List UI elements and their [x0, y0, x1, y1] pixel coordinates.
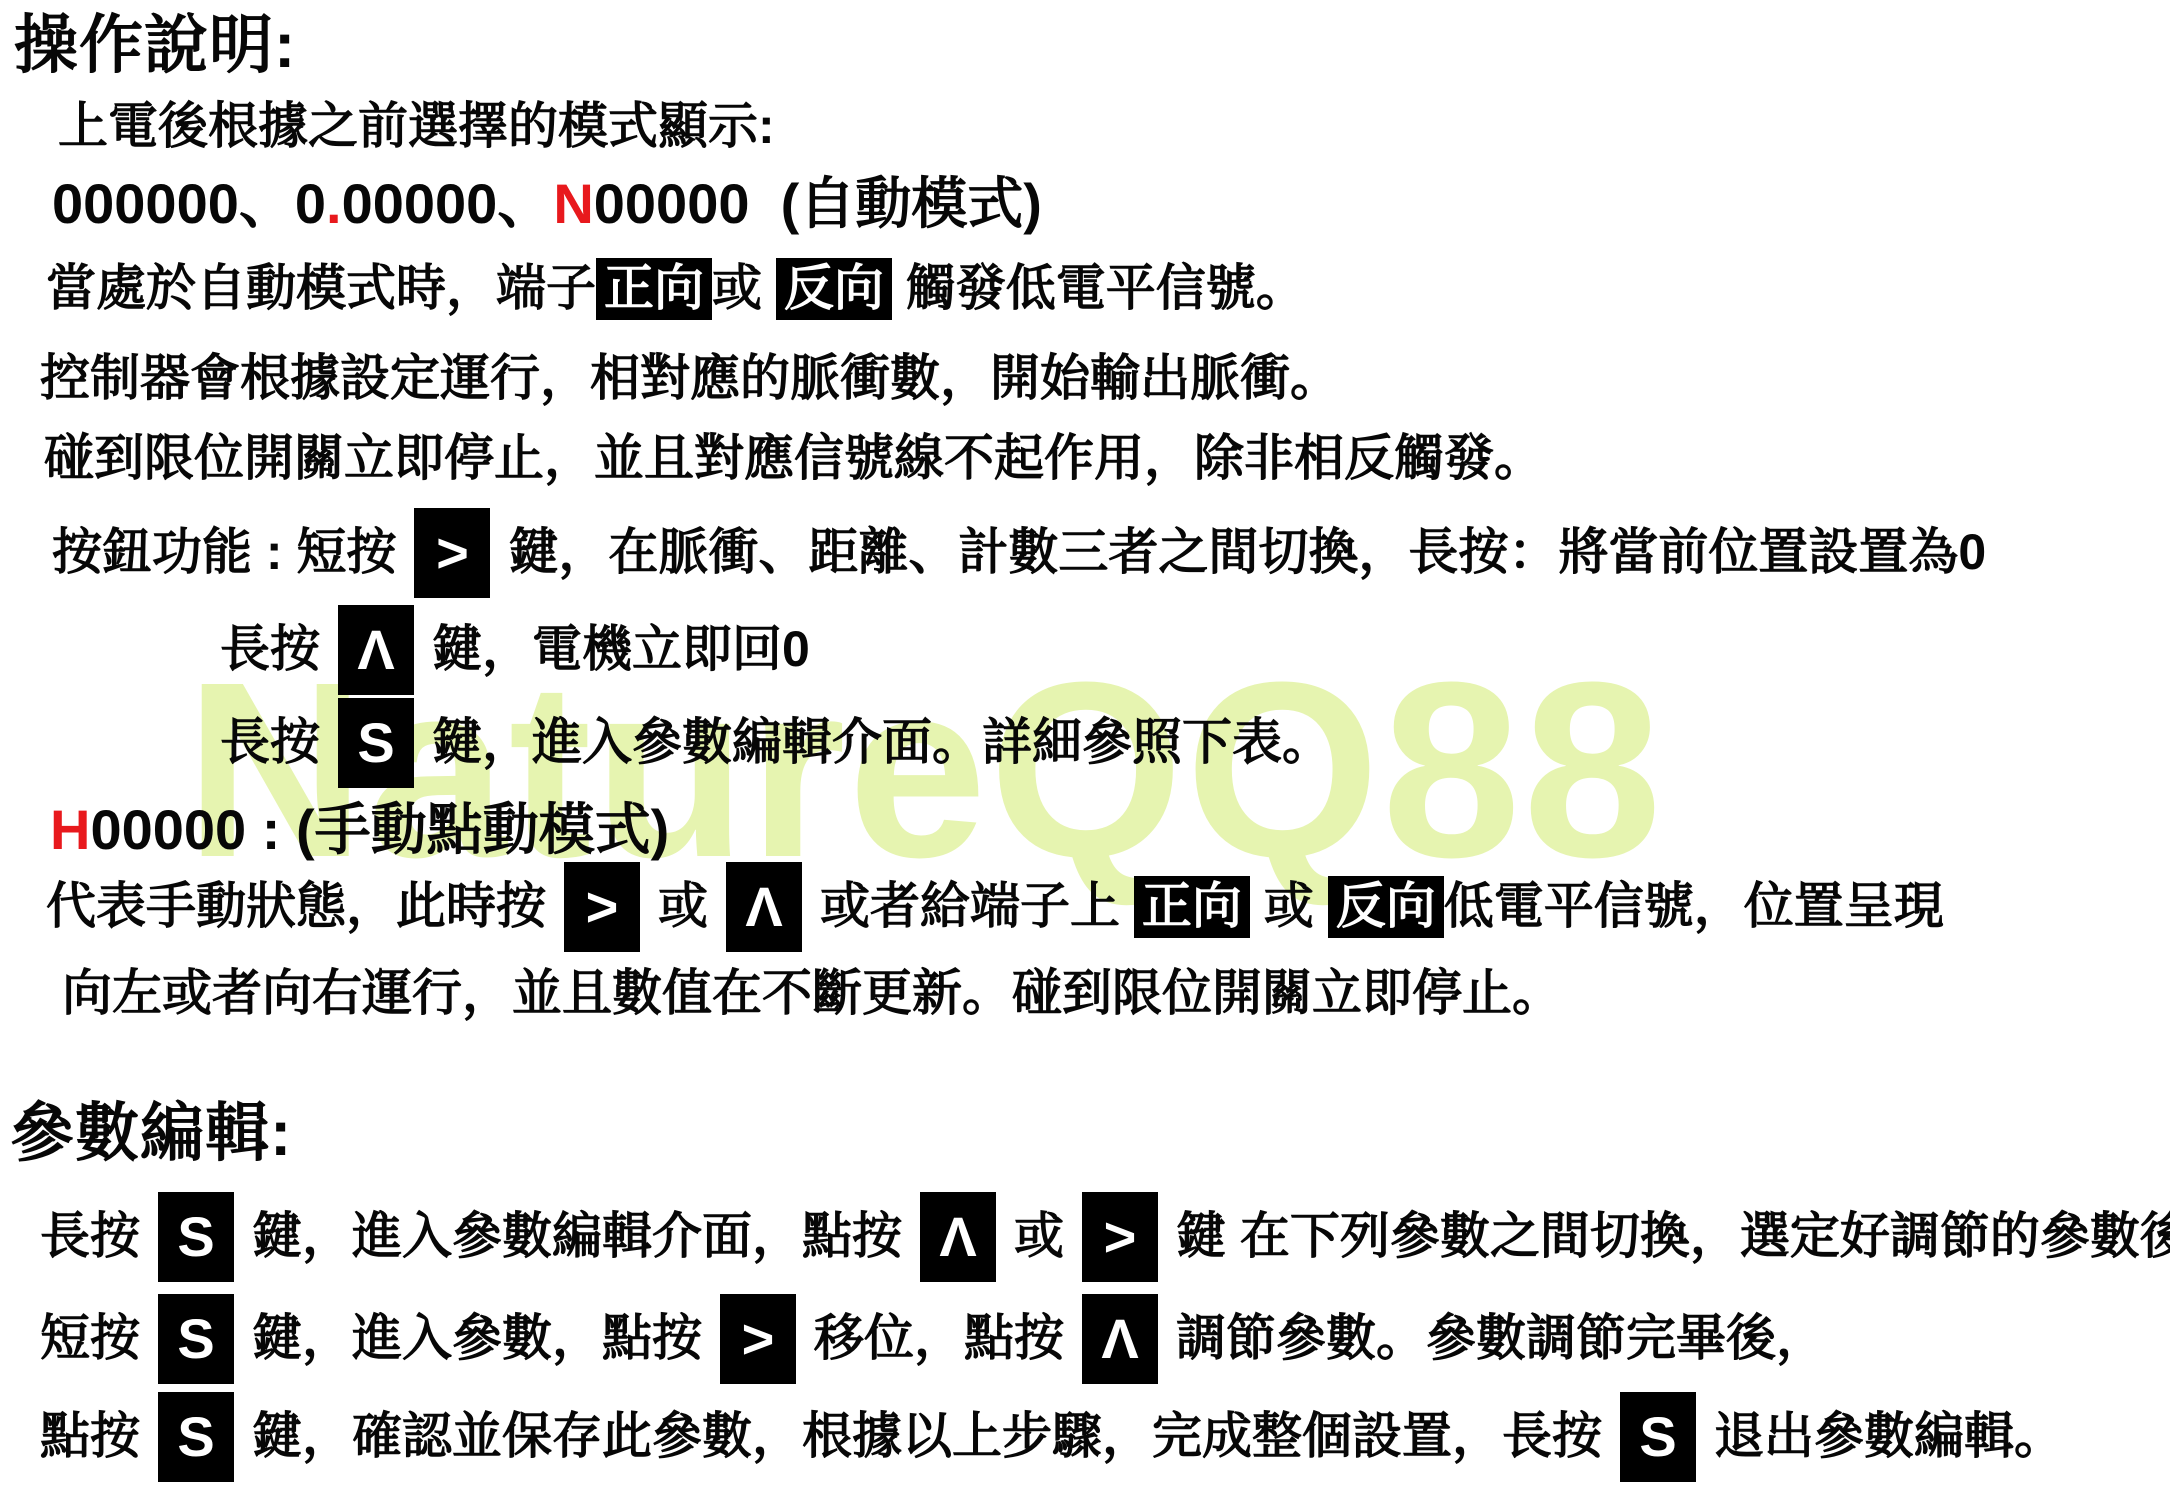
param-enter-text-1: 長按 — [40, 1208, 140, 1266]
set-key-icon: S — [1620, 1392, 1696, 1482]
param-enter-text-2: 鍵，進入參數編輯介面，點按 — [252, 1208, 902, 1266]
param-adjust-text-3: 移位，點按 — [814, 1310, 1064, 1368]
button-next-text-1: 按鈕功能 : 短按 — [52, 524, 396, 582]
manual-detail-text-3: 或者給端子上 — [820, 878, 1134, 936]
set-key-icon: S — [158, 1392, 234, 1482]
ops-line-manual-run: 向左或者向右運行，並且數值在不斷更新。碰到限位開關立即停止。 — [62, 965, 1562, 1023]
manual-detail-text-5: 低電平信號，位置呈現 — [1444, 878, 1944, 936]
ops-line-power-on: 上電後根據之前選擇的模式顯示: — [58, 98, 775, 156]
sheet-content: 操作說明: 上電後根據之前選擇的模式顯示: 000000、0.00000、N00… — [0, 0, 2170, 1500]
forward-terminal-badge: 正向 — [1134, 876, 1250, 938]
param-enter-text-3: 或 — [1014, 1208, 1064, 1266]
red-letter-h: H — [50, 798, 90, 862]
ops-line-button-up: 長按Λ鍵，電機立即回0 — [220, 605, 810, 695]
up-key-icon: Λ — [1082, 1294, 1158, 1384]
param-line-adjust: 短按S鍵，進入參數，點按>移位，點按Λ調節參數。參數調節完畢後， — [40, 1294, 1826, 1384]
param-save-text-2: 鍵，確認並保存此參數，根據以上步驟，完成整個設置，長按 — [252, 1408, 1602, 1466]
next-key-icon: > — [564, 862, 640, 952]
param-line-save: 點按S鍵，確認並保存此參數，根據以上步驟，完成整個設置，長按S退出參數編輯。 — [40, 1392, 2064, 1482]
red-decimal-point: . — [326, 172, 342, 236]
up-key-icon: Λ — [920, 1192, 996, 1282]
param-title: 參數編輯: — [10, 1098, 292, 1168]
manual-detail-text-2: 或 — [658, 878, 708, 936]
button-next-text-2: 鍵，在脈衝、距離、計數三者之間切換，長按：將當前位置設置為0 — [508, 524, 1986, 582]
set-key-icon: S — [158, 1294, 234, 1384]
param-adjust-text-4: 調節參數。參數調節完畢後， — [1176, 1310, 1826, 1368]
next-key-icon: > — [720, 1294, 796, 1384]
button-set-text-1: 長按 — [220, 714, 320, 772]
param-line-enter-edit: 長按S鍵，進入參數編輯介面，點按Λ或>鍵 在下列參數之間切換，選定好調節的參數後… — [40, 1192, 2170, 1282]
set-key-icon: S — [158, 1192, 234, 1282]
next-key-icon: > — [1082, 1192, 1158, 1282]
auto-mode-text-2: 或 — [712, 260, 776, 318]
ops-title: 操作說明: — [14, 10, 296, 80]
button-set-text-2: 鍵，進入參數編輯介面。詳細參照下表。 — [432, 714, 1332, 772]
up-key-icon: Λ — [726, 862, 802, 952]
ops-line-power-on-text: 上電後根據之前選擇的模式顯示: — [58, 98, 775, 156]
reverse-terminal-badge: 反向 — [1328, 876, 1444, 938]
forward-terminal-badge: 正向 — [596, 258, 712, 320]
ops-line-button-next: 按鈕功能 : 短按>鍵，在脈衝、距離、計數三者之間切換，長按：將當前位置設置為0 — [52, 508, 1986, 598]
param-adjust-text-1: 短按 — [40, 1310, 140, 1368]
ops-line-manual-detail: 代表手動狀態，此時按>或Λ或者給端子上 正向 或 反向低電平信號，位置呈現 — [46, 862, 1944, 952]
param-adjust-text-2: 鍵，進入參數，點按 — [252, 1310, 702, 1368]
ops-line-button-set: 長按S鍵，進入參數編輯介面。詳細參照下表。 — [220, 698, 1332, 788]
reverse-terminal-badge: 反向 — [776, 258, 892, 320]
next-key-icon: > — [414, 508, 490, 598]
manual-detail-text-1: 代表手動狀態，此時按 — [46, 878, 546, 936]
button-up-text-2: 鍵，電機立即回0 — [432, 621, 810, 679]
mode-digits-3: 00000 (自動模式) — [594, 172, 1042, 236]
red-letter-n: N — [553, 172, 593, 236]
ops-line-modes: 000000、0.00000、N00000 (自動模式) — [52, 172, 1042, 236]
limit-switch-text: 碰到限位開關立即停止，並且對應信號線不起作用，除非相反觸發。 — [44, 430, 1544, 488]
up-key-icon: Λ — [338, 605, 414, 695]
manual-run-text: 向左或者向右運行，並且數值在不斷更新。碰到限位開關立即停止。 — [62, 965, 1562, 1023]
ops-line-limit-switch: 碰到限位開關立即停止，並且對應信號線不起作用，除非相反觸發。 — [44, 430, 1544, 488]
mode-digits-1: 000000、0 — [52, 172, 326, 236]
ops-line-auto-mode: 當處於自動模式時，端子正向或 反向 觸發低電平信號。 — [46, 258, 1306, 320]
ops-line-manual-mode: H00000 : (手動點動模式) — [50, 798, 669, 862]
auto-mode-text-3: 觸發低電平信號。 — [892, 260, 1306, 318]
auto-mode-text-1: 當處於自動模式時，端子 — [46, 260, 596, 318]
mode-digits-2: 00000、 — [342, 172, 554, 236]
button-up-text-1: 長按 — [220, 621, 320, 679]
param-save-text-1: 點按 — [40, 1408, 140, 1466]
controller-run-text: 控制器會根據設定運行，相對應的脈衝數，開始輸出脈衝。 — [40, 350, 1340, 408]
set-key-icon: S — [338, 698, 414, 788]
manual-detail-text-4: 或 — [1250, 878, 1328, 936]
ops-line-controller-run: 控制器會根據設定運行，相對應的脈衝數，開始輸出脈衝。 — [40, 350, 1340, 408]
param-save-text-3: 退出參數編輯。 — [1714, 1408, 2064, 1466]
param-enter-text-4: 鍵 在下列參數之間切換，選定好調節的參數後， — [1176, 1208, 2170, 1266]
instruction-sheet: NatureQQ88 操作說明: 上電後根據之前選擇的模式顯示: 000000、… — [0, 0, 2170, 1500]
manual-mode-text: 00000 : (手動點動模式) — [90, 798, 669, 862]
